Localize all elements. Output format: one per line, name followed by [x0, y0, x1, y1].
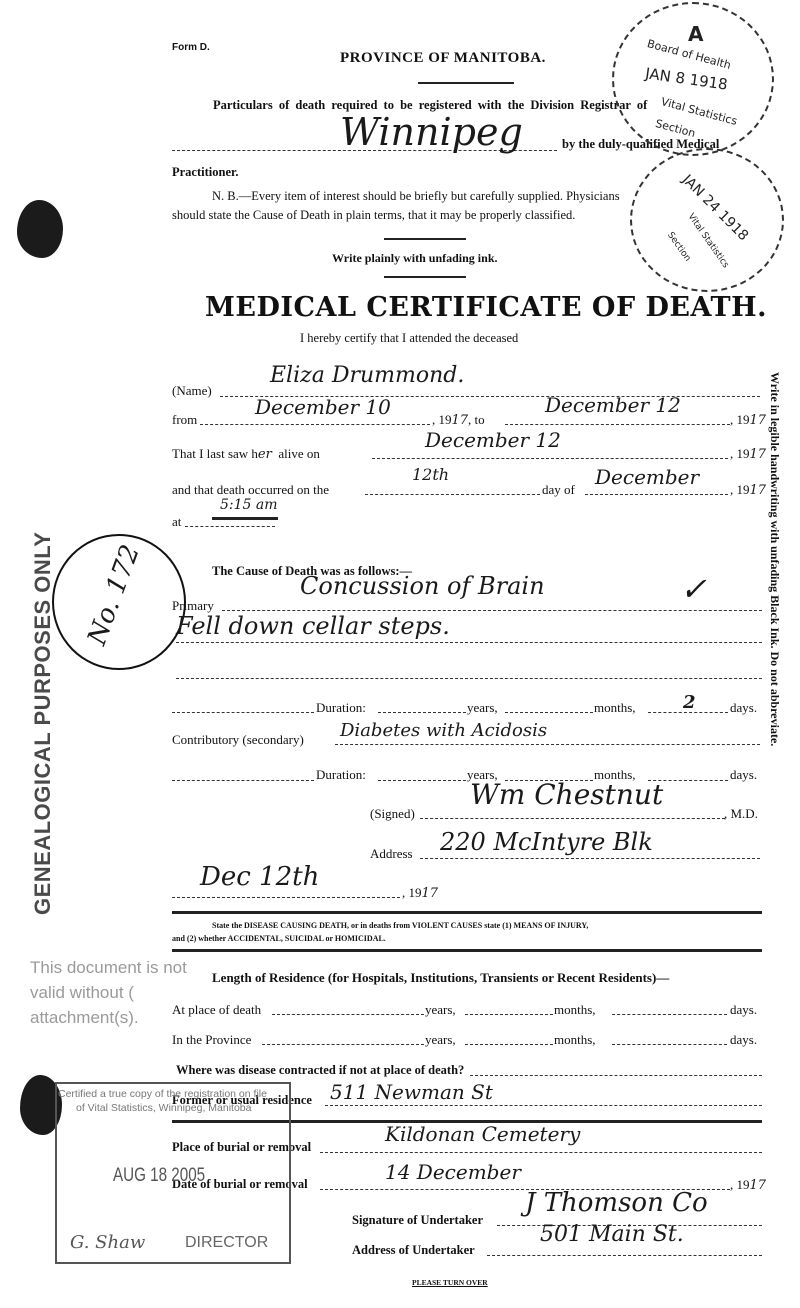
address-label: Address	[370, 846, 413, 862]
former-residence-value: 511 Newman St	[330, 1080, 493, 1104]
contributory-field-line	[335, 744, 760, 745]
primary-line2-value: Fell down cellar steps.	[176, 612, 450, 640]
place-of-death-label: At place of death	[172, 1002, 261, 1018]
md-label: , M.D.	[724, 806, 758, 822]
pod-days-line	[612, 1014, 727, 1015]
province-title: PROVINCE OF MANITOBA.	[340, 50, 546, 67]
death-day-field-line	[365, 494, 540, 495]
from-year: 17	[452, 413, 469, 428]
practitioner-label: Practitioner.	[172, 165, 239, 180]
pod-days-label: days.	[730, 1002, 757, 1018]
side-instruction: Write in legible handwriting with unfadi…	[767, 372, 782, 746]
days-label: days.	[730, 700, 757, 716]
checkmark-icon: ✓	[680, 570, 707, 608]
double-rule	[172, 949, 762, 952]
address-value: 220 McIntyre Blk	[440, 828, 653, 856]
contracted-label: Where was disease contracted if not at p…	[176, 1063, 464, 1078]
name-value: Eliza Drummond.	[270, 363, 464, 388]
undertaker-addr-value: 501 Main St.	[540, 1222, 684, 1247]
strikethrough	[212, 517, 278, 520]
prov-months-label: months,	[554, 1032, 596, 1048]
pod-years-label: years,	[425, 1002, 456, 1018]
province-label: In the Province	[172, 1032, 251, 1048]
form-id: Form D.	[172, 42, 210, 53]
divider	[384, 276, 466, 278]
burial-place-value: Kildonan Cemetery	[385, 1122, 580, 1146]
write-plainly: Write plainly with unfading ink.	[332, 251, 498, 266]
certified-line-2: of Vital Statistics, Winnipeg, Manitoba	[76, 1102, 251, 1114]
punch-hole-top	[17, 200, 63, 258]
stamp-letter: A	[688, 22, 703, 46]
last-saw-value: December 12	[425, 428, 561, 452]
burial-year: , 1917	[730, 1177, 766, 1193]
signed-label: (Signed)	[370, 806, 415, 822]
not-valid-line-2: valid without (	[30, 983, 134, 1003]
death-year: , 1917	[730, 482, 766, 498]
burial-place-field	[320, 1152, 762, 1153]
burial-date-value: 14 December	[385, 1160, 521, 1184]
at-label: at	[172, 514, 181, 530]
not-valid-line-3: attachment(s).	[30, 1008, 139, 1028]
duration-lead-line-2	[172, 780, 314, 781]
last-saw-year: , 1917	[730, 446, 766, 462]
duration-lead-line	[172, 712, 314, 713]
pod-months-label: months,	[554, 1002, 596, 1018]
days-label-2: days.	[730, 767, 757, 783]
undertaker-addr-label: Address of Undertaker	[352, 1243, 475, 1258]
address-field-line	[420, 858, 760, 859]
certified-date: AUG 18 2005	[113, 1165, 205, 1187]
prov-years-line	[262, 1044, 424, 1045]
death-month-value: December	[595, 465, 699, 489]
to-year: , 1917	[730, 412, 766, 428]
death-month-field-line	[585, 494, 728, 495]
from-year-prefix: , 1917, to	[432, 412, 485, 428]
pod-years-line	[272, 1014, 424, 1015]
signed-date-field-line	[172, 897, 400, 898]
primary-line2-field	[176, 642, 762, 643]
contributory-value: Diabetes with Acidosis	[340, 720, 547, 741]
primary-field-line	[222, 610, 762, 611]
prov-months-line	[465, 1044, 553, 1045]
months-line	[505, 712, 593, 713]
undertaker-sig-value: J Thomson Co	[525, 1188, 708, 1218]
duration-label-2: Duration:	[316, 767, 366, 783]
undertaker-sig-label: Signature of Undertaker	[352, 1213, 483, 1228]
instructions-line-2: and (2) whether ACCIDENTAL, SUICIDAL or …	[172, 934, 386, 943]
to-field-line	[505, 424, 730, 425]
years-label: years,	[467, 700, 498, 716]
day-of-label: day of	[542, 482, 575, 498]
contributory-label: Contributory (secondary)	[172, 732, 304, 748]
signed-year: , 1917	[402, 885, 438, 901]
undertaker-addr-field	[487, 1255, 762, 1256]
prov-years-label: years,	[425, 1032, 456, 1048]
divider	[418, 82, 514, 84]
certify-line: I hereby certify that I attended the dec…	[300, 331, 518, 346]
prov-days-label: days.	[730, 1032, 757, 1048]
pronoun-value: er	[258, 447, 272, 462]
signed-date-value: Dec 12th	[200, 862, 319, 892]
from-value: December 10	[255, 395, 391, 419]
primary-value: Concussion of Brain	[300, 572, 545, 600]
contracted-field-line	[470, 1075, 762, 1076]
former-residence-field	[325, 1105, 762, 1106]
pod-months-line	[465, 1014, 553, 1015]
double-rule	[172, 911, 762, 914]
director-signature: G. Shaw	[70, 1232, 145, 1253]
nb-line-1: N. B.—Every item of interest should be b…	[212, 189, 620, 204]
nb-line-2: should state the Cause of Death in plain…	[172, 208, 575, 223]
residence-heading: Length of Residence (for Hospitals, Inst…	[212, 970, 669, 986]
months-label: months,	[594, 700, 636, 716]
at-time-value: 5:15 am	[220, 497, 278, 513]
certified-line-1: Certified a true copy of the registratio…	[58, 1088, 267, 1100]
duration-label: Duration:	[316, 700, 366, 716]
divider	[384, 238, 466, 240]
from-field-line	[200, 424, 430, 425]
to-value: December 12	[545, 393, 681, 417]
signed-field-line	[420, 818, 725, 819]
primary-days-value: 2	[683, 692, 696, 713]
last-saw-field-line	[372, 458, 728, 459]
name-label: (Name)	[172, 383, 212, 399]
from-label: from	[172, 412, 197, 428]
board-of-health-stamp-2	[630, 148, 784, 292]
death-occurred-label: and that death occurred on the	[172, 482, 329, 498]
last-saw-label: That I last saw her alive on	[172, 446, 320, 462]
years-line	[378, 712, 466, 713]
signed-value: Wm Chestnut	[470, 778, 663, 811]
turn-over: PLEASE TURN OVER	[412, 1278, 488, 1287]
director-label: DIRECTOR	[185, 1234, 268, 1252]
prov-days-line	[612, 1044, 727, 1045]
instructions-line-1: State the DISEASE CAUSING DEATH, or in d…	[212, 921, 588, 930]
not-valid-line-1: This document is not	[30, 958, 187, 978]
at-field-line	[185, 526, 275, 527]
certificate-title: MEDICAL CERTIFICATE OF DEATH.	[205, 292, 767, 323]
division-value: Winnipeg	[340, 110, 523, 154]
years-line-2	[378, 780, 466, 781]
primary-line3-field	[176, 678, 762, 679]
death-day-value: 12th	[412, 465, 449, 484]
